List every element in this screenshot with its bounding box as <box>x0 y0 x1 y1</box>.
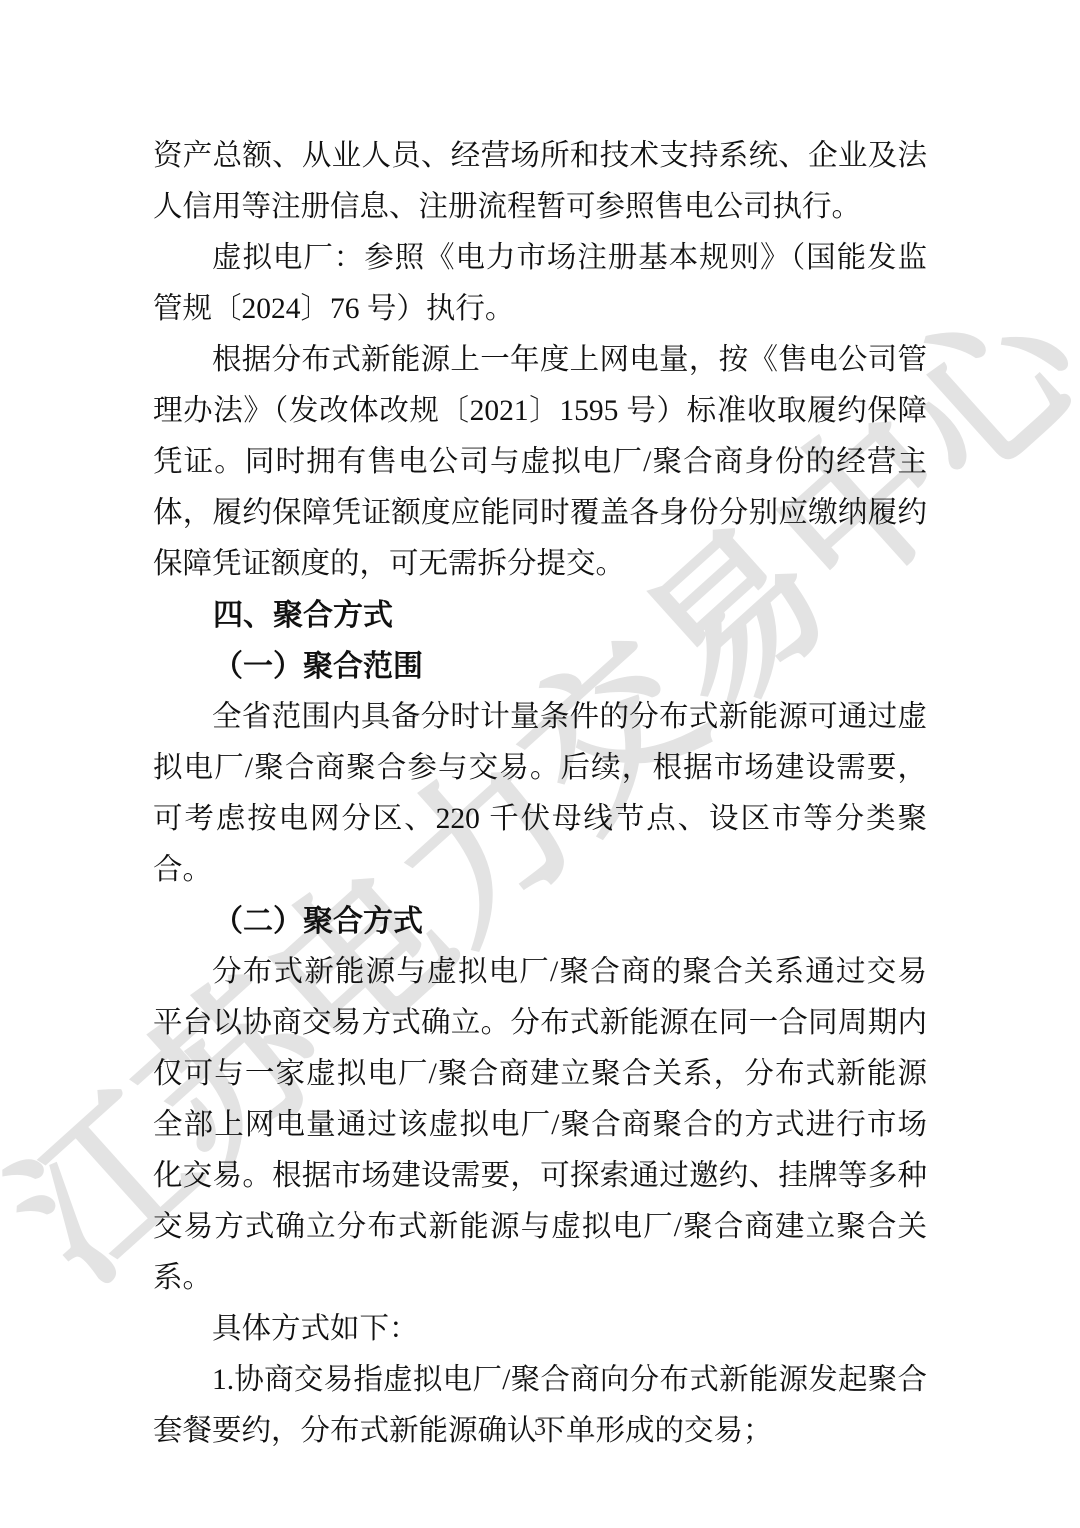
page-footer: 3 <box>0 1413 1080 1443</box>
paragraph-registration-info-continuation: 资产总额、从业人员、经营场所和技术支持系统、企业及法人信用等注册信息、注册流程暂… <box>153 131 927 233</box>
document-page: 江苏电力交易中心 资产总额、从业人员、经营场所和技术支持系统、企业及法人信用等注… <box>0 0 1080 1528</box>
heading-aggregation-scope: （一）聚合范围 <box>153 641 927 692</box>
paragraph-performance-guarantee: 根据分布式新能源上一年度上网电量，按《售电公司管理办法》（发改体改规〔2021〕… <box>153 335 927 590</box>
page-number: 3 <box>534 1415 546 1441</box>
heading-section-4-aggregation-method: 四、聚合方式 <box>153 590 927 641</box>
paragraph-aggregation-relationship: 分布式新能源与虚拟电厂/聚合商的聚合关系通过交易平台以协商交易方式确立。分布式新… <box>153 947 927 1304</box>
document-body: 资产总额、从业人员、经营场所和技术支持系统、企业及法人信用等注册信息、注册流程暂… <box>153 131 927 1457</box>
heading-aggregation-method: （二）聚合方式 <box>153 896 927 947</box>
paragraph-aggregation-scope: 全省范围内具备分时计量条件的分布式新能源可通过虚拟电厂/聚合商聚合参与交易。后续… <box>153 692 927 896</box>
paragraph-virtual-plant-registration: 虚拟电厂：参照《电力市场注册基本规则》（国能发监管规〔2024〕76 号）执行。 <box>153 233 927 335</box>
paragraph-specific-methods-intro: 具体方式如下： <box>153 1304 927 1355</box>
